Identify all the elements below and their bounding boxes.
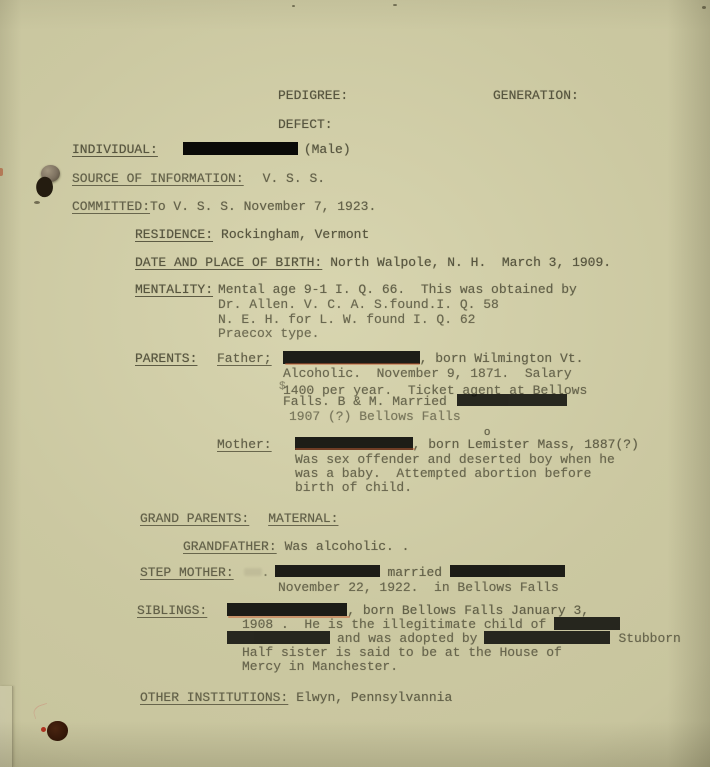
grandfather-label: GRANDFATHER: — [183, 539, 277, 554]
parents-label-text: PARENTS: — [135, 351, 197, 366]
committed-label: COMMITTED: — [72, 199, 150, 214]
source-value: V. S. S. — [263, 171, 325, 186]
redaction-bar — [183, 142, 298, 155]
grandparents-label: GRAND PARENTS: — [140, 511, 249, 526]
siblings-line-2-text: 1908 . He is the illegitimate child of — [242, 617, 546, 632]
document-page: PEDIGREE: GENERATION: DEFECT: INDIVIDUAL… — [0, 0, 710, 767]
red-pencil-underline — [285, 363, 420, 365]
individual-label: INDIVIDUAL: — [72, 142, 158, 157]
red-pencil-underline — [295, 448, 415, 450]
redaction-bar — [484, 631, 610, 644]
mentality-line-2: Dr. Allen. V. C. A. S.found.I. Q. 58 — [218, 297, 499, 312]
paper-edge-strip — [0, 686, 13, 767]
defect-label: DEFECT: — [278, 117, 333, 132]
stepmother-row: STEP MOTHER:.married — [140, 565, 565, 580]
dust-speck — [702, 6, 706, 9]
birth-row: DATE AND PLACE OF BIRTH:North Walpole, N… — [135, 255, 611, 270]
generation-label: GENERATION: — [493, 88, 579, 103]
red-edge-mark — [0, 168, 3, 176]
mother-label: Mother: — [217, 437, 272, 452]
birth-label: DATE AND PLACE OF BIRTH: — [135, 255, 322, 270]
erased-period: . — [262, 565, 270, 580]
redaction-bar — [554, 617, 620, 630]
small-speck — [34, 201, 40, 204]
redaction-bar — [275, 565, 380, 577]
mother-line-2: Was sex offender and deserted boy when h… — [295, 452, 615, 467]
ink-blot — [47, 721, 68, 741]
mentality-label: MENTALITY: — [135, 282, 213, 297]
redaction-bar — [457, 394, 567, 406]
mother-line-4: birth of child. — [295, 480, 412, 495]
paper-fastener-mark — [28, 158, 72, 210]
mother-row: Mother:, born Lemoister Mass, 1887(?) — [217, 437, 639, 452]
mentality-line-4: Praecox type. — [218, 326, 319, 341]
residence-row: RESIDENCE:Rockingham, Vermont — [135, 227, 369, 242]
mother-line-3: was a baby. Attempted abortion before — [295, 466, 591, 481]
siblings-label: SIBLINGS: — [137, 603, 207, 618]
siblings-line-4: Half sister is said to be at the House o… — [242, 645, 562, 660]
individual-row: INDIVIDUAL:(Male) — [72, 142, 351, 157]
grandparents-sub-label: MATERNAL: — [268, 511, 338, 526]
father-line-4: Falls. B & M. Married — [283, 394, 567, 409]
redaction-bar — [227, 631, 330, 644]
siblings-line-5: Mercy in Manchester. — [242, 659, 398, 674]
other-institutions-label: OTHER INSTITUTIONS: — [140, 690, 288, 705]
grandfather-value: Was alcoholic. . — [285, 539, 410, 554]
committed-value: To V. S. S. November 7, 1923. — [150, 199, 376, 214]
faint-red-scratch — [32, 703, 51, 719]
residence-value: Rockingham, Vermont — [221, 227, 369, 242]
redaction-bar — [450, 565, 565, 577]
father-line-5: 1907 (?) Bellows Falls — [289, 409, 461, 424]
committed-row: COMMITTED:To V. S. S. November 7, 1923. — [72, 199, 376, 214]
birth-value: North Walpole, N. H. March 3, 1909. — [330, 255, 611, 270]
pedigree-label-text: PEDIGREE: — [278, 88, 348, 103]
stepmother-label: STEP MOTHER: — [140, 565, 234, 580]
father-line-4-text: Falls. B & M. Married — [283, 394, 447, 409]
father-label: Father; — [217, 351, 272, 366]
mentality-label-text: MENTALITY: — [135, 282, 213, 297]
siblings-line-3: and was adopted byStubborn — [227, 631, 681, 646]
mentality-line-3: N. E. H. for L. W. found I. Q. 62 — [218, 312, 475, 327]
stepmother-line-2: November 22, 1922. in Bellows Falls — [278, 580, 559, 595]
residence-label: RESIDENCE: — [135, 227, 213, 242]
source-label: SOURCE OF INFORMATION: — [72, 171, 244, 186]
source-row: SOURCE OF INFORMATION:V. S. S. — [72, 171, 325, 186]
other-institutions-row: OTHER INSTITUTIONS:Elwyn, Pennsylvannia — [140, 690, 452, 705]
stepmother-married-text: married — [387, 565, 442, 580]
mother-after-redaction-pre: , born Le — [413, 437, 483, 452]
father-line-2: Alcoholic. November 9, 1871. Salary — [283, 366, 572, 381]
salary-dollar-mark: $ — [279, 380, 284, 395]
other-institutions-value: Elwyn, Pennsylvannia — [296, 690, 452, 705]
siblings-line-2: 1908 . He is the illegitimate child of — [242, 617, 620, 632]
father-after-redaction: , born Wilmington Vt. — [420, 351, 584, 366]
siblings-line-3-end: Stubborn — [618, 631, 680, 646]
grandfather-row: GRANDFATHER:Was alcoholic. . — [183, 539, 409, 554]
overstruck-char: mo — [483, 437, 491, 452]
dust-speck — [393, 4, 397, 6]
generation-label-text: GENERATION: — [493, 88, 579, 103]
red-ink-dot — [41, 727, 46, 732]
parents-label: PARENTS: — [135, 351, 197, 366]
pedigree-label: PEDIGREE: — [278, 88, 348, 103]
siblings-line-1-text: , born Bellows Falls January 3, — [347, 603, 589, 618]
overstruck-letter: m — [483, 437, 491, 452]
grandparents-row: GRAND PARENTS:MATERNAL: — [140, 511, 338, 526]
siblings-row: SIBLINGS:, born Bellows Falls January 3, — [137, 603, 589, 618]
individual-sex: (Male) — [304, 142, 351, 157]
erased-text-smudge — [244, 568, 262, 576]
dust-speck — [292, 5, 295, 7]
inserted-letter-above: o — [484, 428, 491, 439]
mother-after-redaction-post: ister Mass, 1887(?) — [491, 437, 639, 452]
redaction-bar — [227, 603, 347, 616]
mentality-line-1: Mental age 9-1 I. Q. 66. This was obtain… — [218, 282, 577, 297]
siblings-line-3-mid: and was adopted by — [337, 631, 477, 646]
defect-label-text: DEFECT: — [278, 117, 333, 132]
